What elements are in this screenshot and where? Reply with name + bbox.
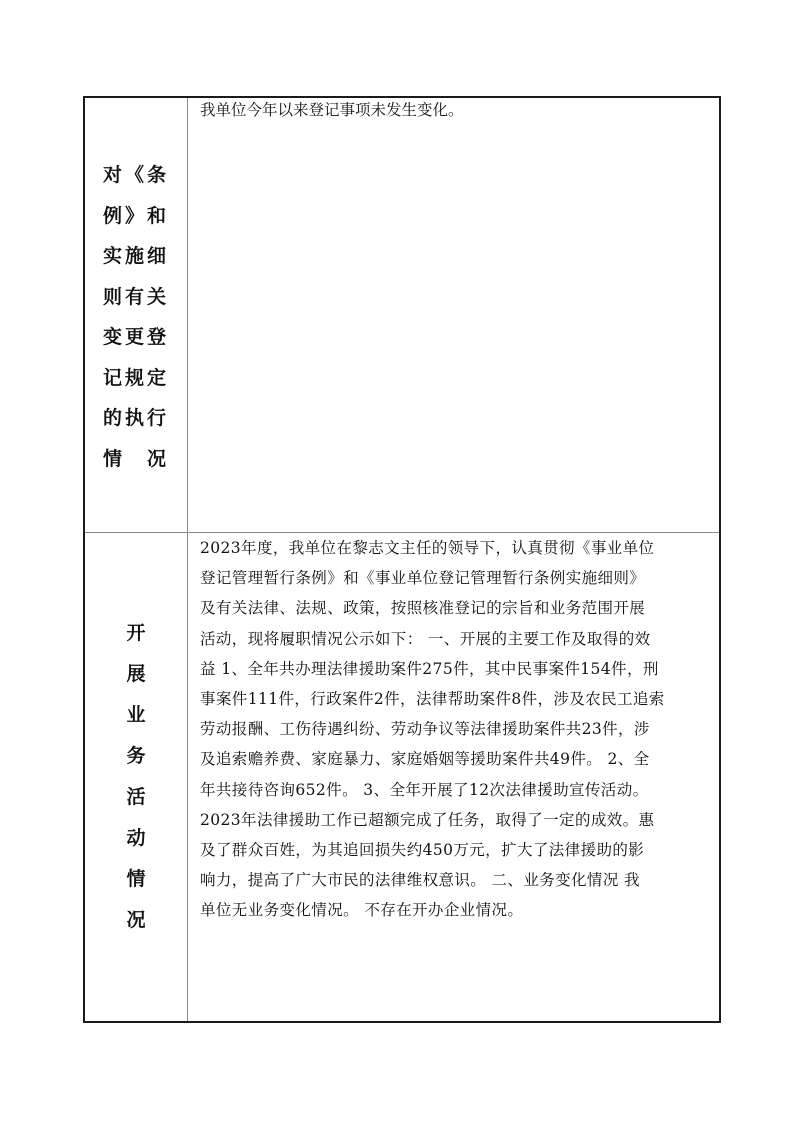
text-line: 2023年度，我单位在黎志文主任的领导下，认真贯彻《事业单位 <box>200 533 711 563</box>
text-line: 及了群众百姓，为其追回损失约450万元，扩大了法律援助的影 <box>200 835 711 865</box>
text-line: 单位无业务变化情况。 不存在开办企业情况。 <box>200 895 711 925</box>
business-activities-text: 2023年度，我单位在黎志文主任的领导下，认真贯彻《事业单位 登记管理暂行条例》… <box>200 533 711 926</box>
registration-change-text: 我单位今年以来登记事项未发生变化。 <box>200 98 711 122</box>
row-registration-change-compliance: 对《条 例》和 实施细 则有关 变更登 记规定 的执行 情 况 我单位今年以来登… <box>85 98 719 533</box>
text-line: 益 1、全年共办理法律援助案件275件，其中民事案件154件，刑 <box>200 654 711 684</box>
label-cell-registration-change: 对《条 例》和 实施细 则有关 变更登 记规定 的执行 情 况 <box>85 98 188 532</box>
label-line: 业 <box>85 695 187 736</box>
label-business-activities: 开 展 业 务 活 动 情 况 <box>85 613 187 941</box>
label-line: 实施细 <box>85 236 187 277</box>
row-business-activities: 开 展 业 务 活 动 情 况 2023年度，我单位在黎志文主任的领导下，认真贯… <box>85 533 719 1021</box>
text-line: 活动，现将履职情况公示如下： 一、开展的主要工作及取得的效 <box>200 624 711 654</box>
content-cell-registration-change: 我单位今年以来登记事项未发生变化。 <box>189 98 719 532</box>
label-line: 开 <box>85 613 187 654</box>
label-line: 展 <box>85 654 187 695</box>
label-line: 务 <box>85 736 187 777</box>
label-line: 的执行 <box>85 398 187 439</box>
text-line: 响力，提高了广大市民的法律维权意识。 二、业务变化情况 我 <box>200 865 711 895</box>
label-line: 变更登 <box>85 317 187 358</box>
text-line: 及追索赡养费、家庭暴力、家庭婚姻等援助案件共49件。 2、全 <box>200 744 711 774</box>
label-line: 记规定 <box>85 358 187 399</box>
registration-report-table: 对《条 例》和 实施细 则有关 变更登 记规定 的执行 情 况 我单位今年以来登… <box>83 96 721 1023</box>
label-line: 则有关 <box>85 277 187 318</box>
text-line: 及有关法律、法规、政策，按照核准登记的宗旨和业务范围开展 <box>200 593 711 623</box>
label-line: 活 <box>85 777 187 818</box>
label-line: 例》和 <box>85 196 187 237</box>
label-line: 对《条 <box>85 155 187 196</box>
text-line: 2023年法律援助工作已超额完成了任务，取得了一定的成效。惠 <box>200 805 711 835</box>
text-line: 事案件111件，行政案件2件，法律帮助案件8件，涉及农民工追索 <box>200 684 711 714</box>
label-line: 况 <box>85 900 187 941</box>
label-registration-change: 对《条 例》和 实施细 则有关 变更登 记规定 的执行 情 况 <box>85 155 187 479</box>
label-line: 情 <box>85 859 187 900</box>
text-line: 年共接待咨询652件。 3、全年开展了12次法律援助宣传活动。 <box>200 775 711 805</box>
label-cell-business-activities: 开 展 业 务 活 动 情 况 <box>85 533 188 1021</box>
content-cell-business-activities: 2023年度，我单位在黎志文主任的领导下，认真贯彻《事业单位 登记管理暂行条例》… <box>189 533 719 1021</box>
text-line: 劳动报酬、工伤待遇纠纷、劳动争议等法律援助案件共23件，涉 <box>200 714 711 744</box>
label-line: 动 <box>85 818 187 859</box>
text-line: 登记管理暂行条例》和《事业单位登记管理暂行条例实施细则》 <box>200 563 711 593</box>
label-line: 情 况 <box>85 439 187 480</box>
